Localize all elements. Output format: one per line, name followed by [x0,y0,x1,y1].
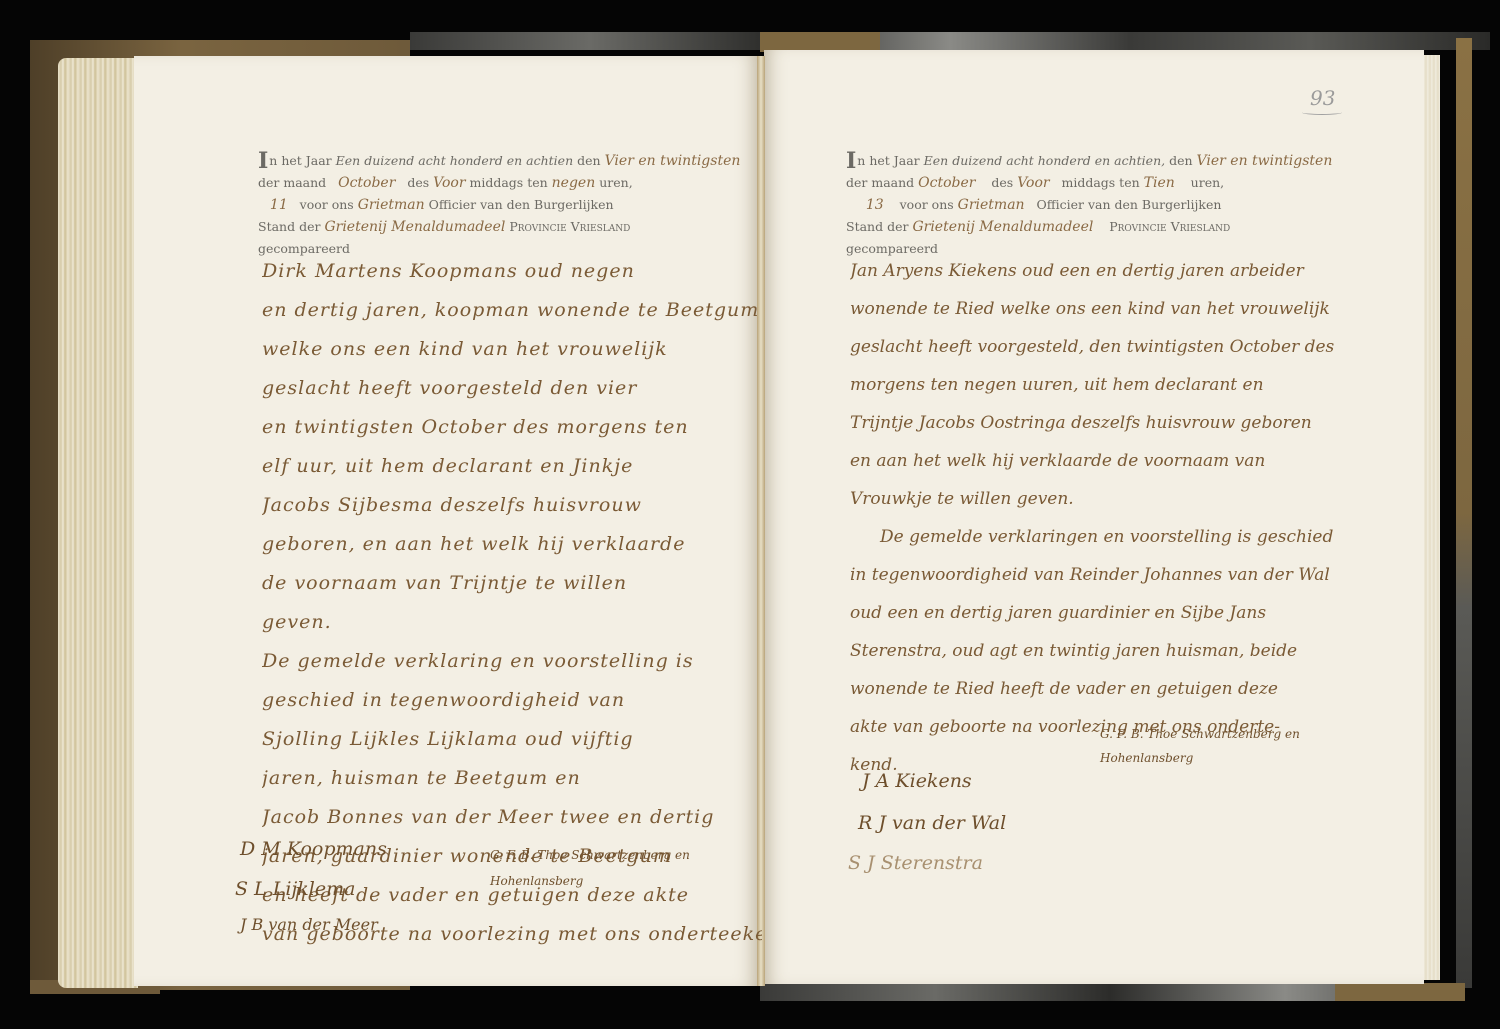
form-line-2: der maand October des Voor middags ten n… [258,172,758,194]
hw-line: Jacobs Sijbesma deszelfs huisvrouw [262,486,762,525]
hw-line: en aan het welk hij verklaarde de voorna… [850,442,1350,480]
hw-line: en twintigsten October des morgens ten [262,408,762,447]
handwritten-day: Vier en twintigsten [605,153,741,169]
form-line-1: In het Jaar Een duizend acht honderd en … [258,150,758,172]
hw-line: elf uur, uit hem declarant en Jinkje [262,447,762,486]
hw-line: de voornaam van Trijntje te willen [262,564,762,603]
hw-line: Trijntje Jacobs Oostringa deszelfs huisv… [850,404,1350,442]
hw-line: Sterenstra, oud agt en twintig jaren hui… [850,632,1350,670]
book-cover-right [1456,38,1472,988]
form-line-4: Stand der Grietenij Menaldumadeel Provin… [846,216,1346,238]
hw-line: geven. [262,603,762,642]
decorated-initial: I [846,148,856,174]
hw-line: wonende te Ried welke ons een kind van h… [850,290,1350,328]
hw-line: welke ons een kind van het vrouwelijk [262,330,762,369]
hw-line: oud een en dertig jaren guardinier en Si… [850,594,1350,632]
signature-witness-1: S L Lijklema [235,878,355,900]
form-line-3: 13 voor ons Grietman Officier van den Bu… [846,194,1346,216]
hw-line: in tegenwoordigheid van Reinder Johannes… [850,556,1350,594]
signature-officer: G. F. B. Thoe Schwartzenberg en Hohenlan… [490,842,710,894]
hw-line: Dirk Martens Koopmans oud negen [262,252,762,291]
hw-line: geslacht heeft voorgesteld den vier [262,369,762,408]
cloth-spine-top [760,32,880,52]
hw-line: morgens ten negen uuren, uit hem declara… [850,366,1350,404]
hw-line: De gemelde verklaringen en voorstelling … [850,518,1350,556]
form-line-4: Stand der Grietenij Menaldumadeel Provin… [258,216,758,238]
marbled-cover-top [410,32,1490,50]
page-edges-stack [58,58,138,988]
handwritten-hour: Tien [1144,175,1175,191]
form-line-2: der maand October des Voor middags ten T… [846,172,1346,194]
hw-line: jaren, huisman te Beetgum en [262,759,762,798]
left-printed-form: In het Jaar Een duizend acht honderd en … [258,150,758,260]
handwritten-hour: negen [552,175,596,191]
hw-line: Jan Aryens Kiekens oud een en dertig jar… [850,252,1350,290]
hw-line: Sjolling Lijkles Lijklama oud vijftig [262,720,762,759]
signature-witness-1: R J van der Wal [858,812,1006,834]
hw-line: geslacht heeft voorgesteld, den twintigs… [850,328,1350,366]
form-line-1: In het Jaar Een duizend acht honderd en … [846,150,1346,172]
page-number: 93 [1310,86,1335,110]
right-printed-form: In het Jaar Een duizend acht honderd en … [846,150,1346,260]
hw-line: en dertig jaren, koopman wonende te Beet… [262,291,762,330]
hw-line: Vrouwkje te willen geven. [850,480,1350,518]
signature-officer: G. F. B. Thoe Schwartzenberg en Hohenlan… [1100,722,1320,770]
signature-witness-2: S J Sterenstra [848,852,983,874]
hw-line: Jacob Bonnes van der Meer twee en dertig [262,798,762,837]
hw-line: geschied in tegenwoordigheid van [262,681,762,720]
cloth-corner-bottom-right [1335,983,1465,1001]
signature-father: J A Kiekens [862,770,972,792]
form-line-3: 11 voor ons Grietman Officier van den Bu… [258,194,758,216]
handwritten-month: October [918,175,975,191]
right-handwritten-record: Jan Aryens Kiekens oud een en dertig jar… [850,252,1350,784]
handwritten-month: October [338,175,395,191]
decorated-initial: I [258,148,268,174]
hw-line: wonende te Ried heeft de vader en getuig… [850,670,1350,708]
hw-line: geboren, en aan het welk hij verklaarde [262,525,762,564]
handwritten-day: Vier en twintigsten [1197,153,1333,169]
hw-line: De gemelde verklaring en voorstelling is [262,642,762,681]
signature-father: D M Koopmans [240,838,387,860]
signature-witness-2: J B van der Meer [240,915,378,934]
